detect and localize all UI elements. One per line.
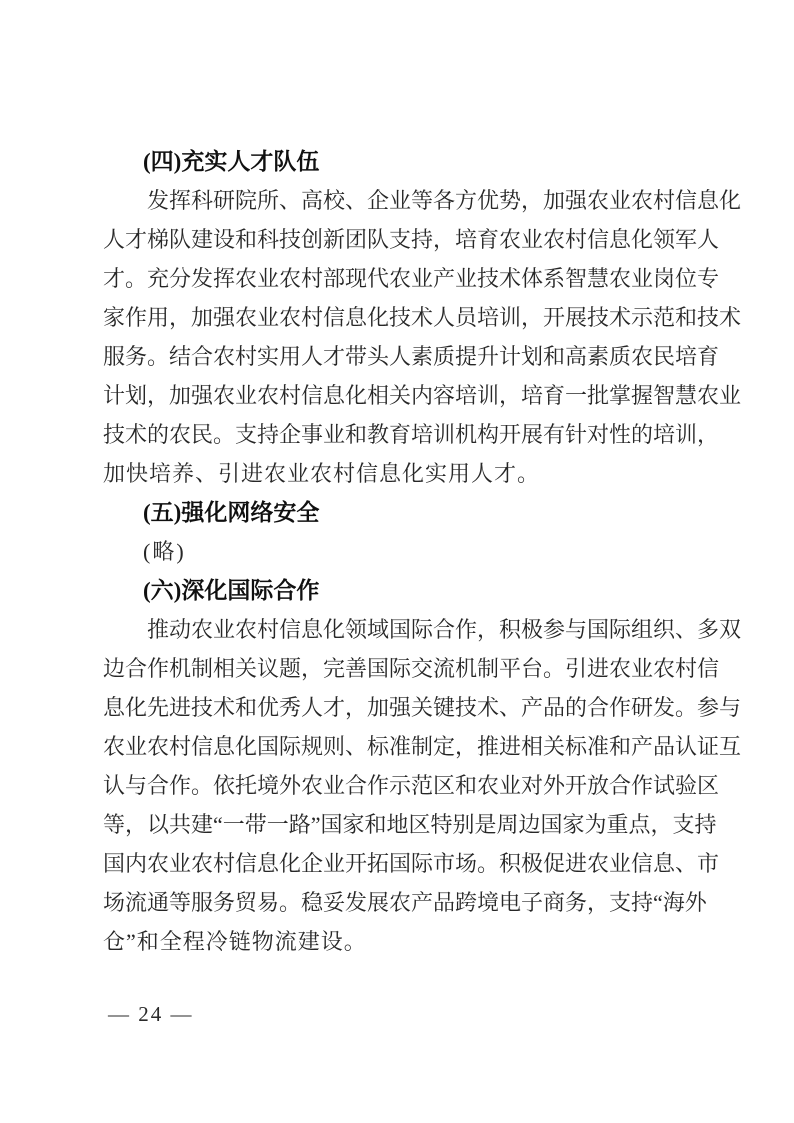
section-heading-4: (四)充实人才队伍 [103,142,689,181]
paragraph-line: 认与合作。依托境外农业合作示范区和农业对外开放合作试验区 [103,766,689,805]
paragraph-line: 计划，加强农业农村信息化相关内容培训，培育一批掌握智慧农业 [103,376,689,415]
paragraph-line: 服务。结合农村实用人才带头人素质提升计划和高素质农民培育 [103,337,689,376]
paragraph-line: 边合作机制相关议题，完善国际交流机制平台。引进农业农村信 [103,649,689,688]
section-heading-5: (五)强化网络安全 [103,493,689,532]
paragraph-line: 等，以共建“一带一路”国家和地区特别是周边国家为重点，支持 [103,805,689,844]
page-number: — 24 — [108,1002,194,1027]
paragraph-line: 农业农村信息化国际规则、标准制定，推进相关标准和产品认证互 [103,727,689,766]
paragraph-line: 仓”和全程冷链物流建设。 [103,922,689,961]
paragraph-line: 人才梯队建设和科技创新团队支持，培育农业农村信息化领军人 [103,220,689,259]
paragraph-line: 技术的农民。支持企事业和教育培训机构开展有针对性的培训， [103,415,689,454]
document-body: (四)充实人才队伍 发挥科研院所、高校、企业等各方优势，加强农业农村信息化 人才… [103,142,689,961]
paragraph-international: 推动农业农村信息化领域国际合作，积极参与国际组织、多双 边合作机制相关议题，完善… [103,610,689,961]
paragraph-line: 场流通等服务贸易。稳妥发展农产品跨境电子商务，支持“海外 [103,883,689,922]
paragraph-talent: 发挥科研院所、高校、企业等各方优势，加强农业农村信息化 人才梯队建设和科技创新团… [103,181,689,493]
section-heading-6: (六)深化国际合作 [103,571,689,610]
paragraph-line: 发挥科研院所、高校、企业等各方优势，加强农业农村信息化 [103,181,689,220]
paragraph-line: 才。充分发挥农业农村部现代农业产业技术体系智慧农业岗位专 [103,259,689,298]
paragraph-line: 息化先进技术和优秀人才，加强关键技术、产品的合作研发。参与 [103,688,689,727]
paragraph-line: 加快培养、引进农业农村信息化实用人才。 [103,454,689,493]
paragraph-line: 推动农业农村信息化领域国际合作，积极参与国际组织、多双 [103,610,689,649]
omitted-note: (略) [103,532,689,571]
document-page: (四)充实人才队伍 发挥科研院所、高校、企业等各方优势，加强农业农村信息化 人才… [0,0,794,1123]
paragraph-line: 国内农业农村信息化企业开拓国际市场。积极促进农业信息、市 [103,844,689,883]
paragraph-line: 家作用，加强农业农村信息化技术人员培训，开展技术示范和技术 [103,298,689,337]
